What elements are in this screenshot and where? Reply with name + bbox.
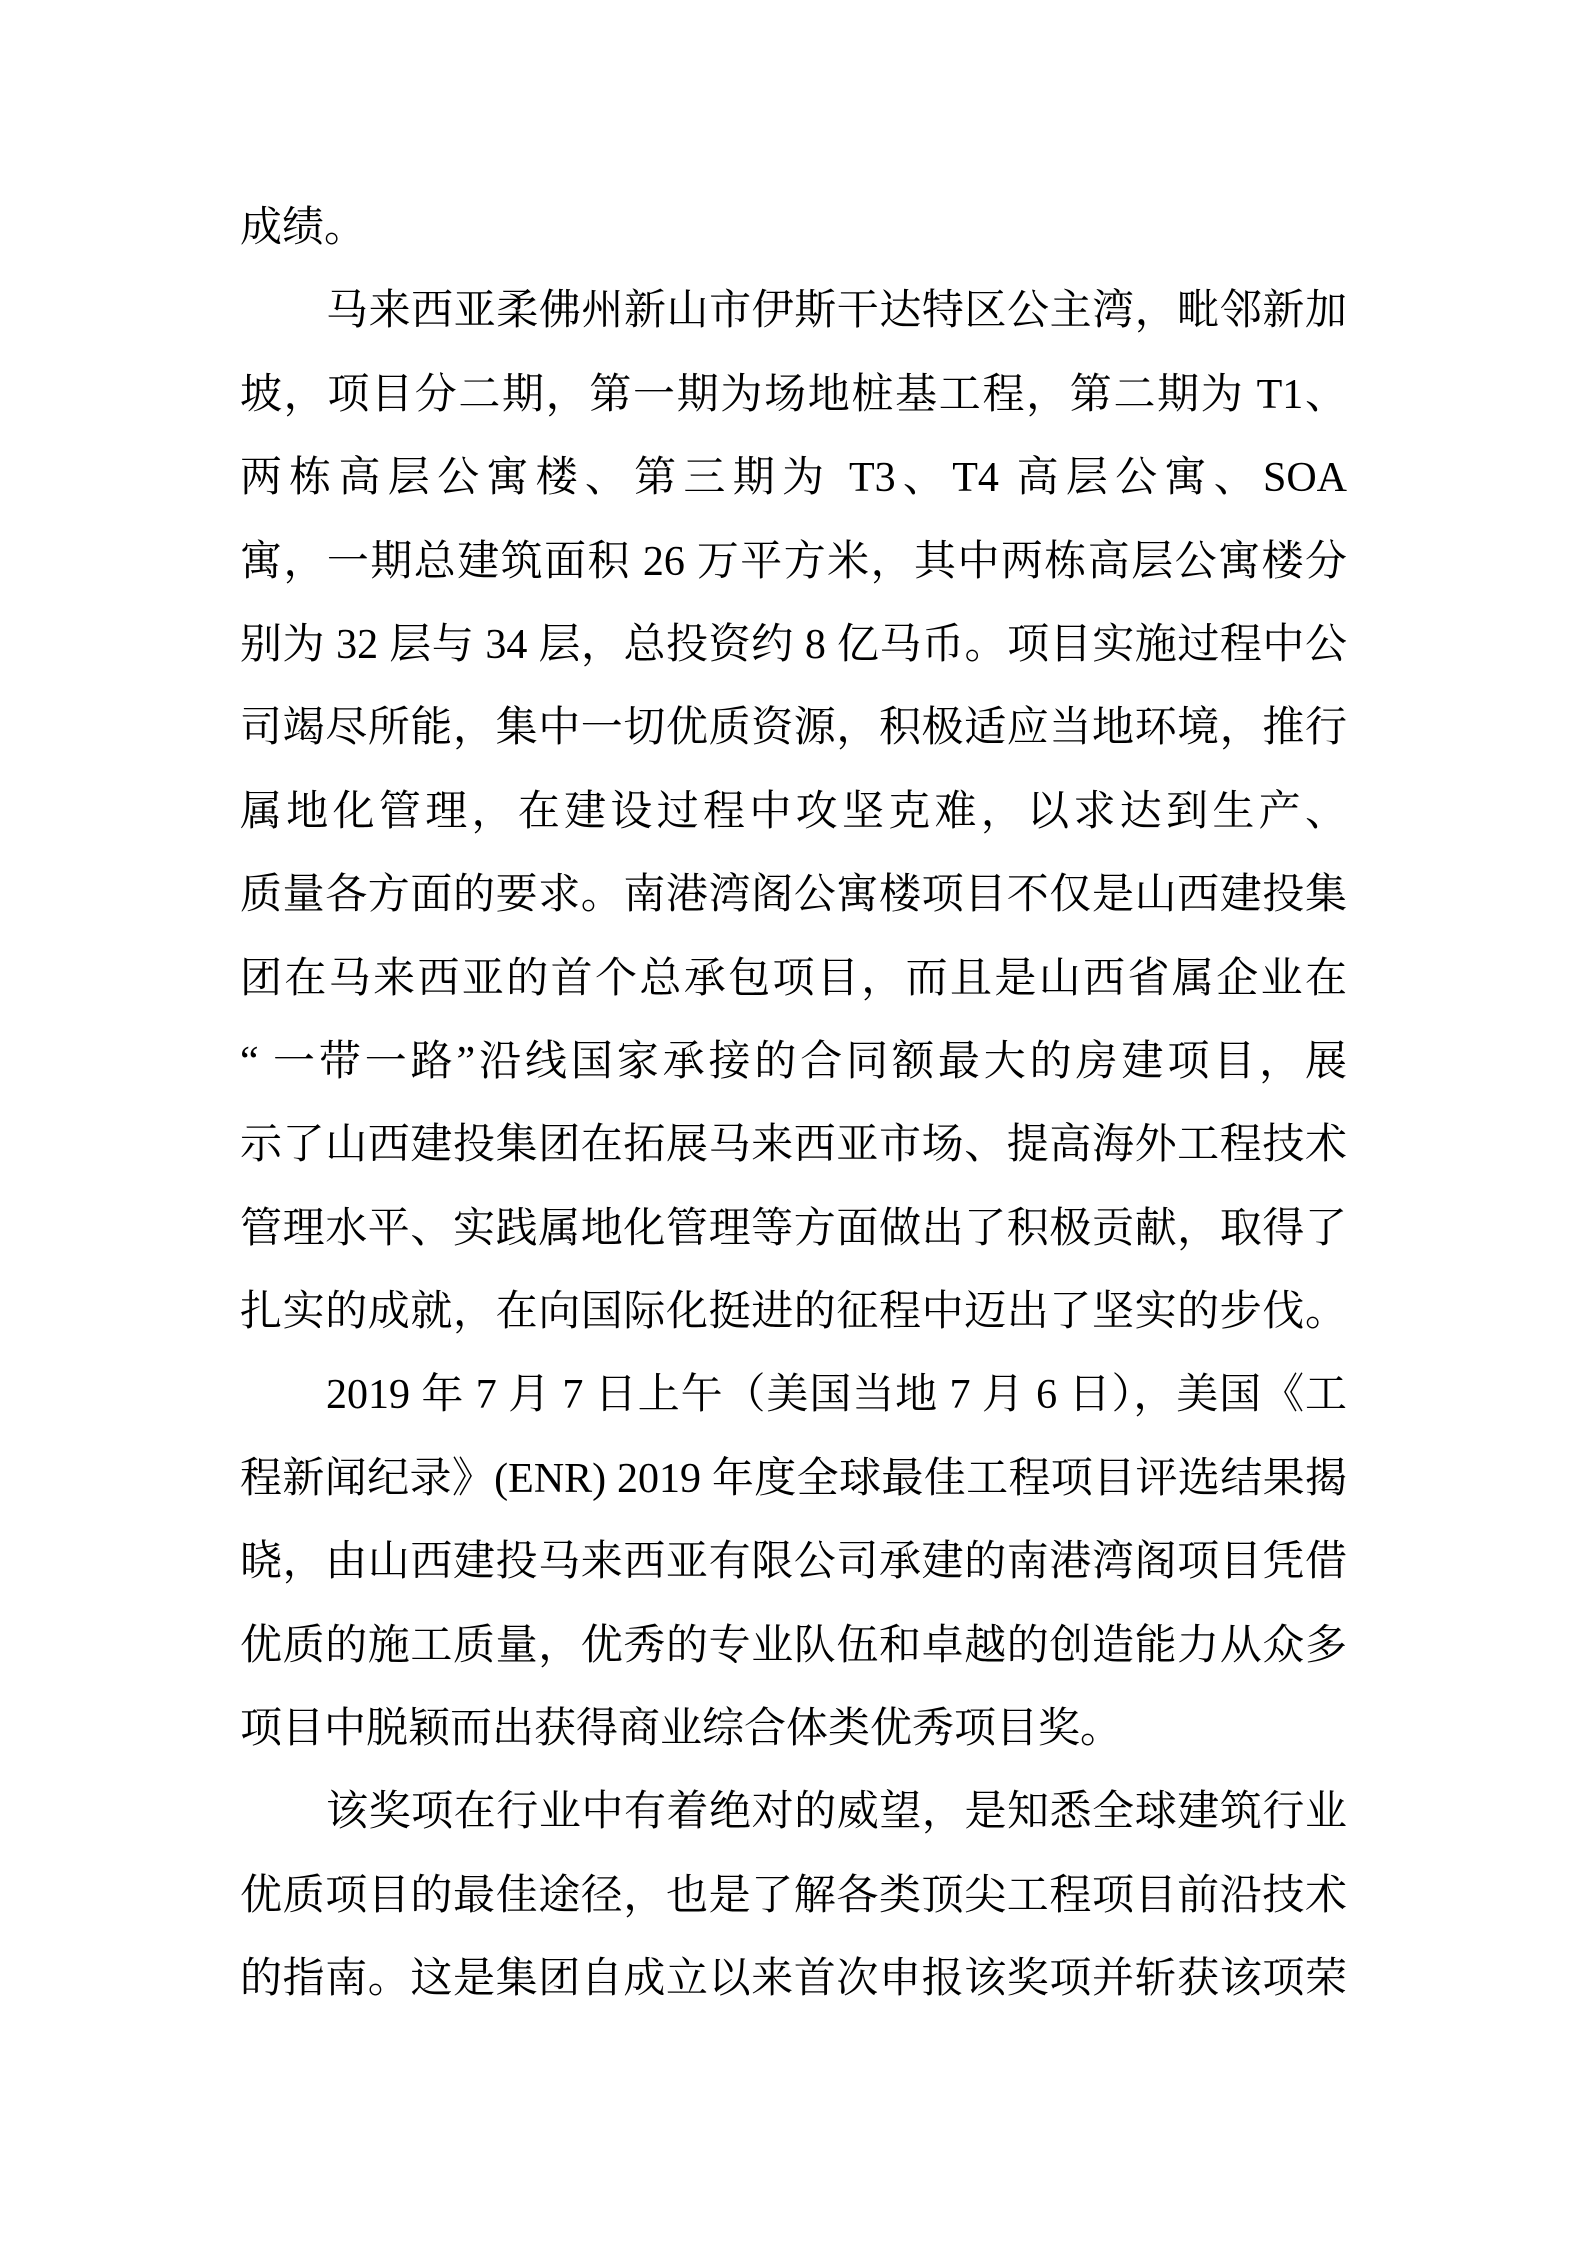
text-line: 司竭尽所能，集中一切优质资源，积极适应当地环境，推行 xyxy=(240,687,1347,770)
text-line paragraph-end: 项目中脱颖而出获得商业综合体类优秀项目奖。 xyxy=(240,1688,1347,1771)
text-line: 示了山西建投集团在拓展马来西亚市场、提高海外工程技术 xyxy=(240,1104,1347,1187)
text-line: 程新闻纪录》(ENR) 2019 年度全球最佳工程项目评选结果揭 xyxy=(240,1438,1347,1521)
text-line: 团在马来西亚的首个总承包项目，而且是山西省属企业在 xyxy=(240,938,1347,1021)
text-line: 寓，一期总建筑面积 26 万平方米，其中两栋高层公寓楼分 xyxy=(240,521,1347,604)
text-line: 优质项目的最佳途径，也是了解各类顶尖工程项目前沿技术 xyxy=(240,1855,1347,1938)
text-line paragraph-start: 该奖项在行业中有着绝对的威望，是知悉全球建筑行业 xyxy=(240,1771,1347,1854)
text-line: 别为 32 层与 34 层，总投资约 8 亿马币。项目实施过程中公 xyxy=(240,604,1347,687)
text-line: 优质的施工质量，优秀的专业队伍和卓越的创造能力从众多 xyxy=(240,1605,1347,1688)
document-page: 成绩。 马来西亚柔佛州新山市伊斯干达特区公主湾，毗邻新加 坡，项目分二期，第一期… xyxy=(0,0,1587,2245)
text-line paragraph-start: 2019 年 7 月 7 日上午（美国当地 7 月 6 日），美国《工 xyxy=(240,1354,1347,1437)
text-line: 晓，由山西建投马来西亚有限公司承建的南港湾阁项目凭借 xyxy=(240,1521,1347,1604)
text-line: 管理水平、实践属地化管理等方面做出了积极贡献，取得了 xyxy=(240,1188,1347,1271)
text-line: 的指南。这是集团自成立以来首次申报该奖项并斩获该项荣 xyxy=(240,1938,1347,2021)
text-line paragraph-start: 马来西亚柔佛州新山市伊斯干达特区公主湾，毗邻新加 xyxy=(240,270,1347,353)
text-line: 质量各方面的要求。南港湾阁公寓楼项目不仅是山西建投集 xyxy=(240,854,1347,937)
document-body-text: 成绩。 马来西亚柔佛州新山市伊斯干达特区公主湾，毗邻新加 坡，项目分二期，第一期… xyxy=(240,187,1347,2022)
text-line: “ 一带一路”沿线国家承接的合同额最大的房建项目，展 xyxy=(240,1021,1347,1104)
text-line: 成绩。 xyxy=(240,187,1347,270)
text-line paragraph-end: 扎实的成就，在向国际化挺进的征程中迈出了坚实的步伐。 xyxy=(240,1271,1347,1354)
text-line: 属地化管理，在建设过程中攻坚克难，以求达到生产、安全、 xyxy=(240,771,1347,854)
text-line: 两栋高层公寓楼、第三期为 T3、T4 高层公寓、SOA 酒店式公 xyxy=(240,437,1347,520)
text-line: 坡，项目分二期，第一期为场地桩基工程，第二期为 T1、T2 xyxy=(240,354,1347,437)
